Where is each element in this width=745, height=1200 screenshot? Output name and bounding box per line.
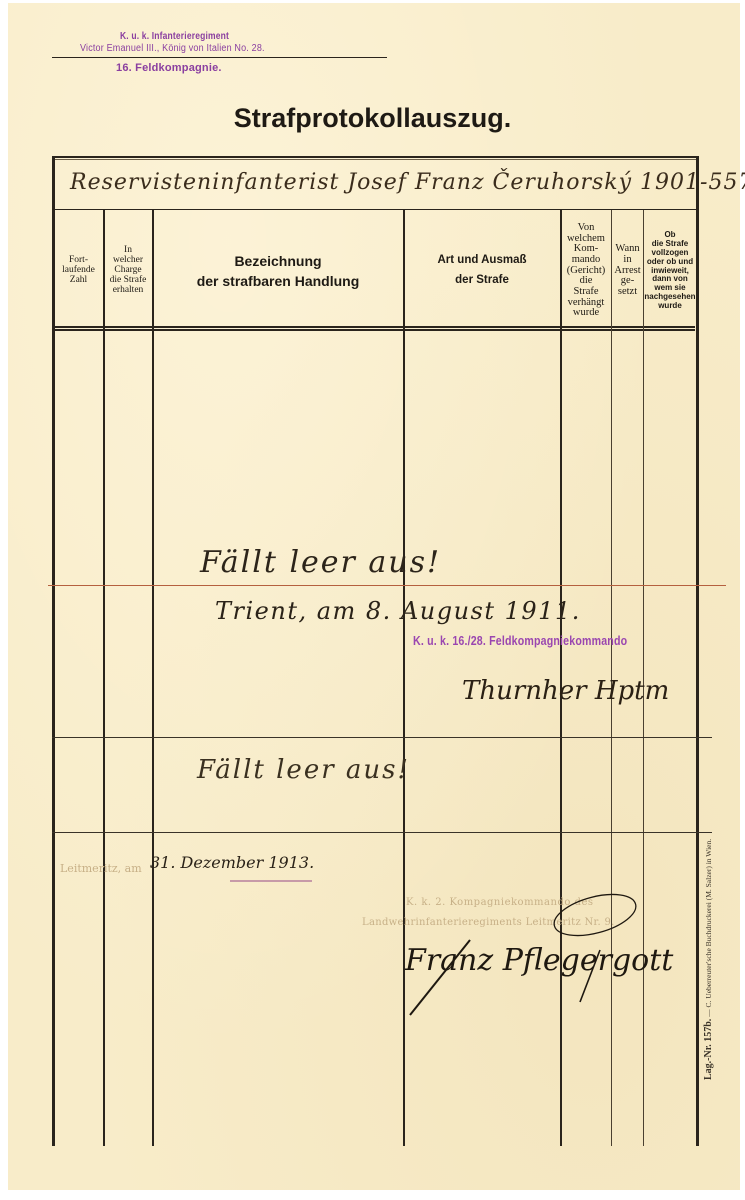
header-bezeichnung: Bezeichnung der strafbaren Handlung xyxy=(153,216,403,326)
entry2-place-prefix: Leitmeritz, am xyxy=(60,862,142,875)
printer-text: — C. Ueberreuter'sche Buchdruckerei (M. … xyxy=(704,839,713,1017)
entry-separator-3 xyxy=(52,832,712,833)
printer-lag-nr: Lag.-Nr. 157b. xyxy=(703,1019,714,1080)
entry1-place-date: Trient, am 8. August 1911. xyxy=(215,597,581,625)
col-divider-1 xyxy=(103,210,105,1146)
printer-imprint: Lag.-Nr. 157b. — C. Ueberreuter'sche Buc… xyxy=(703,839,714,1080)
header-art-ausmass: Art und Ausmaß der Strafe xyxy=(404,216,560,326)
entry2-note: Fällt leer aus! xyxy=(197,755,410,785)
person-line-border xyxy=(52,209,698,210)
entry1-signature: Thurnher Hptm xyxy=(462,676,669,706)
table-right-border xyxy=(696,156,699,1146)
table-top-border xyxy=(52,156,698,158)
header-vollzogen: Ob die Strafe vollzogen oder ob und inwi… xyxy=(644,216,696,326)
stamp-regiment-line2: Victor Emanuel III., König von Italien N… xyxy=(80,43,265,54)
signature-flourish-icon xyxy=(400,890,650,1030)
header-arrest: Wann in Arrest ge- setzt xyxy=(612,216,643,326)
header-kommando: Von welchem Kom- mando (Gericht) die Str… xyxy=(561,216,611,326)
entry-separator-red xyxy=(48,585,726,586)
document-title: Strafprotokollauszug. xyxy=(0,103,745,134)
stamp-regiment-line1: K. u. k. Infanterieregiment xyxy=(120,31,229,42)
entry1-command-stamp: K. u. k. 16./28. Feldkompagniekommando xyxy=(413,634,627,648)
header-rule-2 xyxy=(55,329,695,331)
header-rule-1 xyxy=(55,326,695,328)
header-charge: In welcher Charge die Strafe erhalten xyxy=(104,216,152,326)
person-name-handwritten: Reservisteninfanterist Josef Franz Čeruh… xyxy=(70,170,745,195)
table-top-border-inner xyxy=(52,159,698,160)
col-divider-2 xyxy=(152,210,154,1146)
header-fortlaufende-zahl: Fort- laufende Zahl xyxy=(54,216,103,326)
entry1-note: Fällt leer aus! xyxy=(200,545,441,580)
entry2-date: 31. Dezember 1913. xyxy=(150,853,314,872)
entry2-date-underline xyxy=(230,880,312,882)
entry-separator-2 xyxy=(52,737,712,738)
stamp-rule xyxy=(52,57,387,58)
stamp-regiment-line3: 16. Feldkompagnie. xyxy=(116,62,222,74)
